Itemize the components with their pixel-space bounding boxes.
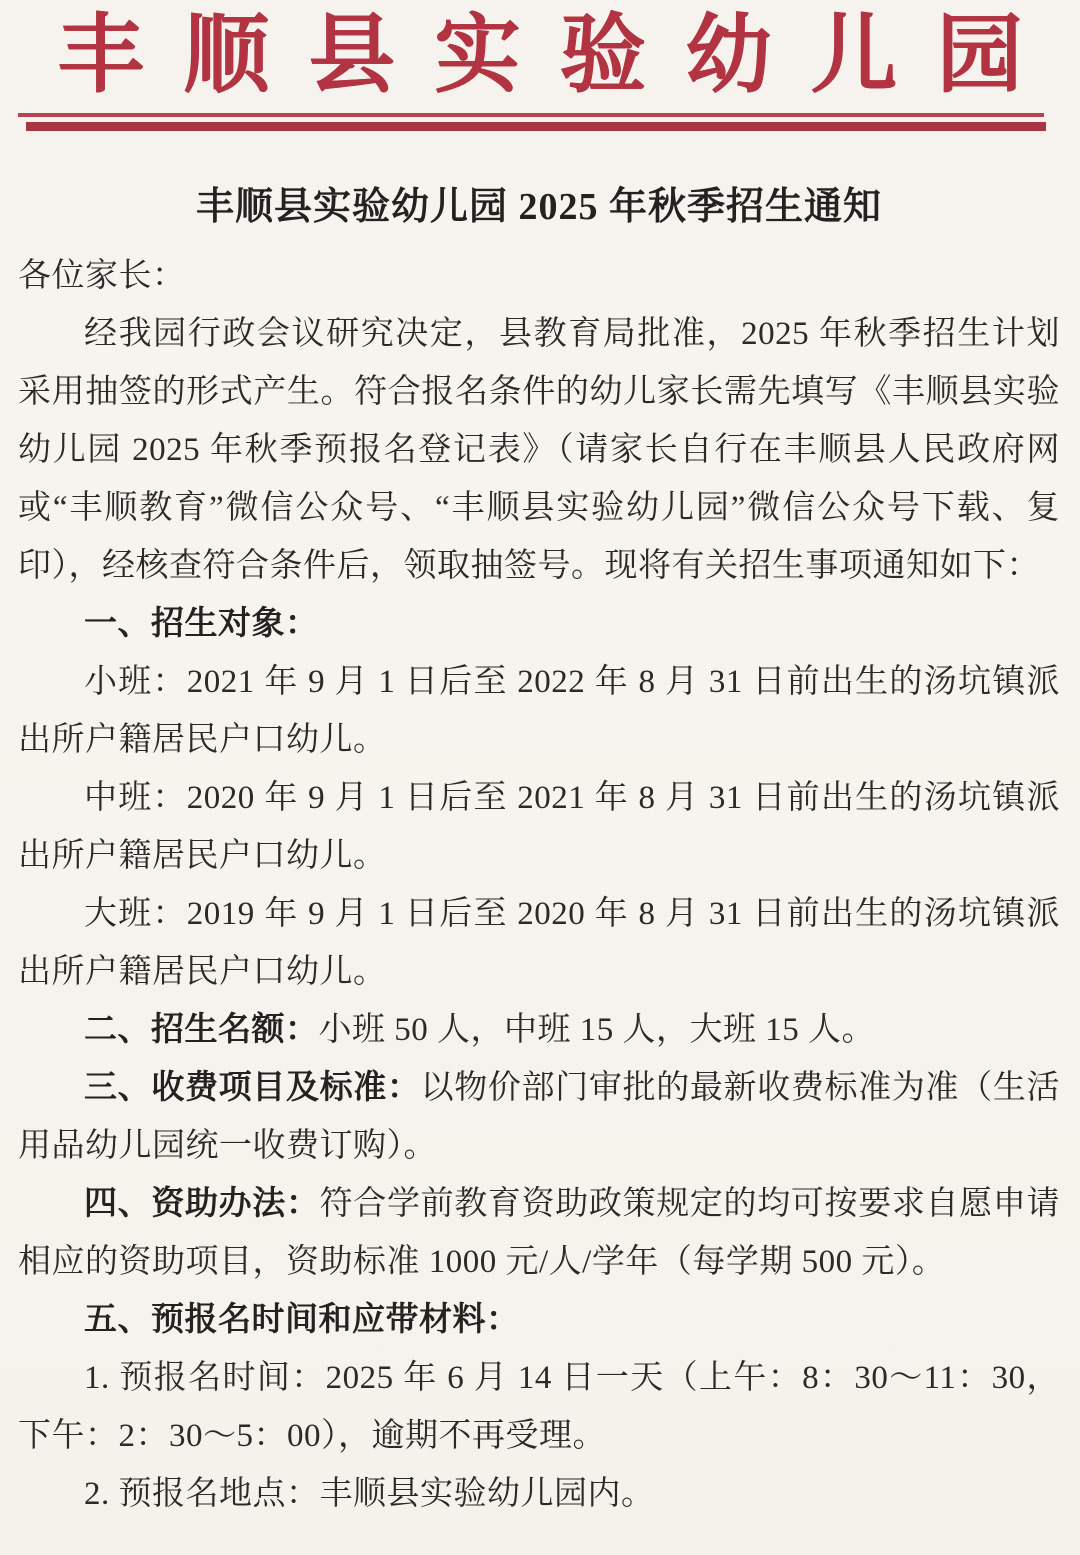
section-heading-5-label: 五、预报名时间和应带材料： [84,1302,520,1338]
paragraph-xiaoban-text: 小班：2021 年 9 月 1 日后至 2022 年 8 月 31 日前出生的汤… [18,664,1060,758]
section-heading-5: 五、预报名时间和应带材料： [18,1291,1060,1349]
notice-body: 丰顺县实验幼儿园 2025 年秋季招生通知 各位家长： 经我园行政会议研究决定，… [0,181,1080,1523]
letterhead-rule-thick [26,122,1046,131]
letterhead-rule-thin [18,113,1044,117]
section-heading-1-label: 一、招生对象： [84,606,319,642]
paragraph-pre-registration-time-text: 1. 预报名时间：2025 年 6 月 14 日一天（上午：8：30～11：30… [18,1360,1060,1454]
section-quota-text: 小班 50 人，中班 15 人，大班 15 人。 [319,1012,876,1048]
paragraph-intro: 经我园行政会议研究决定，县教育局批准，2025 年秋季招生计划采用抽签的形式产生… [18,305,1060,595]
letterhead-school-name: 丰顺县实验幼儿园 [0,2,1080,108]
section-fees-label: 三、收费项目及标准： [84,1070,421,1106]
paragraph-daban: 大班：2019 年 9 月 1 日后至 2020 年 8 月 31 日前出生的汤… [18,885,1060,1001]
paragraph-daban-text: 大班：2019 年 9 月 1 日后至 2020 年 8 月 31 日前出生的汤… [18,896,1060,990]
paragraph-zhongban-text: 中班：2020 年 9 月 1 日后至 2021 年 8 月 31 日前出生的汤… [18,780,1060,874]
paragraph-pre-registration-place: 2. 预报名地点：丰顺县实验幼儿园内。 [18,1465,1060,1523]
paragraph-pre-registration-place-text: 2. 预报名地点：丰顺县实验幼儿园内。 [84,1476,655,1512]
notice-title: 丰顺县实验幼儿园 2025 年秋季招生通知 [18,181,1060,233]
section-quota-label: 二、招生名额： [84,1012,319,1048]
letterhead: 丰顺县实验幼儿园 [0,0,1080,131]
section-quota: 二、招生名额：小班 50 人，中班 15 人，大班 15 人。 [18,1001,1060,1059]
paragraph-pre-registration-time: 1. 预报名时间：2025 年 6 月 14 日一天（上午：8：30～11：30… [18,1349,1060,1465]
paragraph-zhongban: 中班：2020 年 9 月 1 日后至 2021 年 8 月 31 日前出生的汤… [18,769,1060,885]
section-subsidy: 四、资助办法：符合学前教育资助政策规定的均可按要求自愿申请相应的资助项目，资助标… [18,1175,1060,1291]
section-fees: 三、收费项目及标准：以物价部门审批的最新收费标准为准（生活用品幼儿园统一收费订购… [18,1059,1060,1175]
salutation: 各位家长： [18,247,1060,305]
paragraph-intro-text: 经我园行政会议研究决定，县教育局批准，2025 年秋季招生计划采用抽签的形式产生… [18,316,1060,584]
section-subsidy-label: 四、资助办法： [84,1186,320,1222]
scanned-notice-page: 丰顺县实验幼儿园 丰顺县实验幼儿园 2025 年秋季招生通知 各位家长： 经我园… [0,0,1080,1555]
paragraph-xiaoban: 小班：2021 年 9 月 1 日后至 2022 年 8 月 31 日前出生的汤… [18,653,1060,769]
section-heading-1: 一、招生对象： [18,595,1060,653]
